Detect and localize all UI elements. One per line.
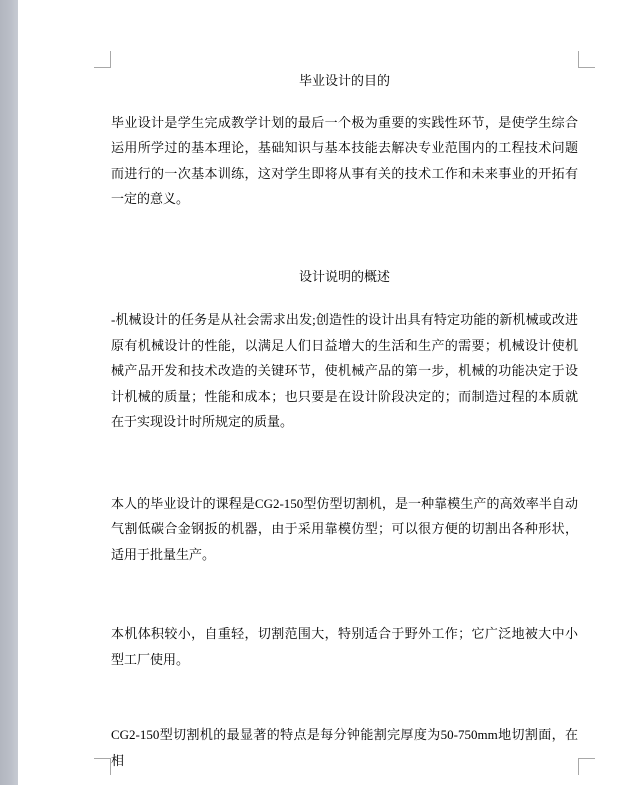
paragraph-cg2-150-project-intro: 本人的毕业设计的课程是CG2-150型仿型切割机，是一种靠模生产的高效率半自动气…	[111, 491, 578, 568]
margin-crop-mark-top-right	[578, 51, 595, 68]
app-background-strip	[0, 0, 18, 785]
margin-crop-mark-top-left	[94, 51, 111, 68]
paragraph-cg2-150-feature: CG2-150型切割机的最显著的特点是每分钟能割完厚度为50-750mm地切割面…	[111, 722, 578, 773]
paragraph-machine-size-usage: 本机体积较小，自重轻，切割范围大，特别适合于野外工作；它广泛地被大中小型工厂使用…	[111, 621, 578, 672]
margin-crop-mark-bottom-left	[94, 758, 111, 775]
section-heading-graduation-design-purpose: 毕业设计的目的	[111, 68, 578, 94]
margin-crop-mark-bottom-right	[578, 758, 595, 775]
paragraph-graduation-design-purpose: 毕业设计是学生完成教学计划的最后一个极为重要的实践性环节，是使学生综合运用所学过…	[111, 110, 578, 212]
paragraph-mechanical-design-task: -机械设计的任务是从社会需求出发;创造性的设计出具有特定功能的新机械或改进原有机…	[111, 307, 578, 435]
document-page: 毕业设计的目的 毕业设计是学生完成教学计划的最后一个极为重要的实践性环节，是使学…	[111, 68, 578, 773]
section-heading-design-overview: 设计说明的概述	[111, 264, 578, 290]
